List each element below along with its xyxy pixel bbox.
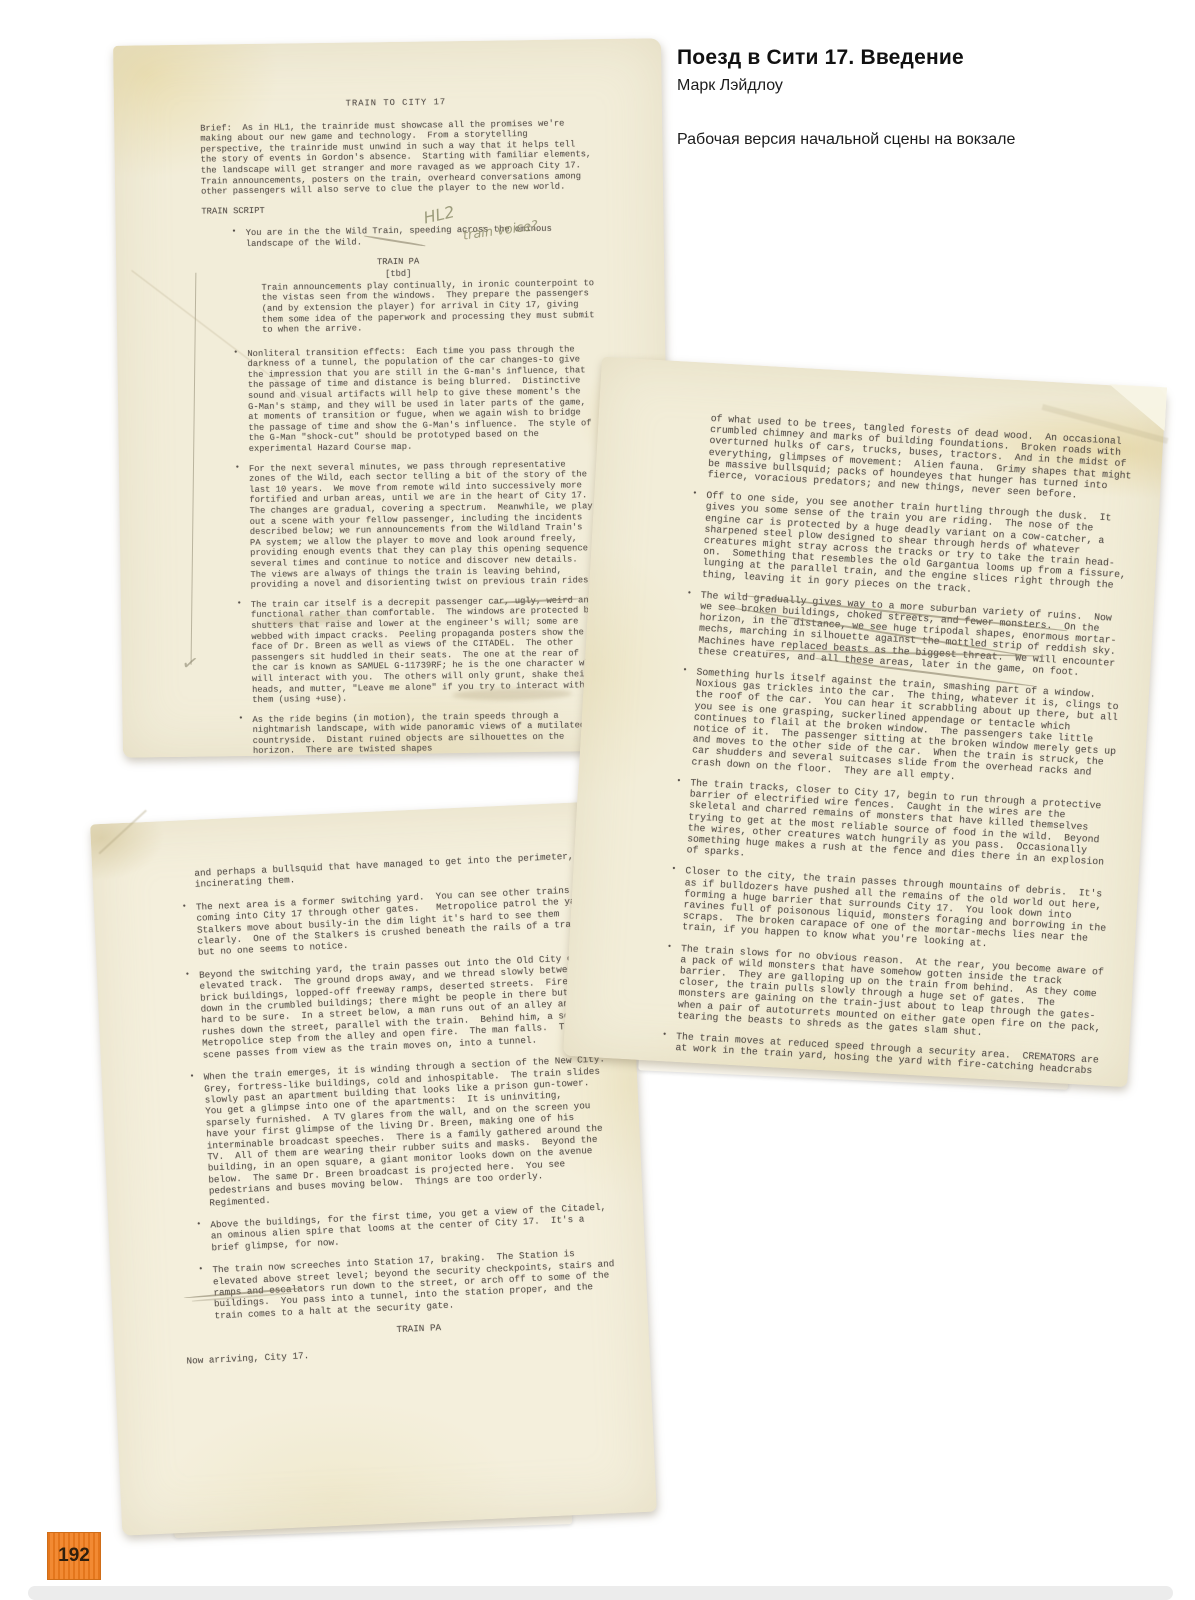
brief-paragraph: Brief: As in HL1, the trainride must sho… bbox=[200, 118, 593, 198]
script-bullet: Off to one side, you see another train h… bbox=[702, 490, 1135, 603]
page-title: Поезд в Сити 17. Введение bbox=[677, 46, 1157, 70]
script-bullet: As the ride begins (in motion), the trai… bbox=[252, 710, 601, 757]
script-bullet: For the next several minutes, we pass th… bbox=[249, 459, 599, 591]
chapter-subtitle: Рабочая версия начальной сцены на вокзал… bbox=[677, 131, 1157, 149]
script-heading: TRAIN SCRIPT bbox=[201, 201, 593, 217]
script-bullet: The wild gradually gives way to a more s… bbox=[697, 590, 1129, 681]
page-bottom-edge bbox=[28, 1586, 1173, 1600]
page-number: 192 bbox=[58, 1545, 90, 1567]
script-bullet: Closer to the city, the train passes thr… bbox=[682, 866, 1114, 957]
chapter-header: Поезд в Сити 17. Введение Марк Лэйдлоу Р… bbox=[677, 46, 1157, 149]
script-bullet: Something hurls itself against the train… bbox=[691, 667, 1125, 792]
document-title: TRAIN TO CITY 17 bbox=[200, 95, 592, 111]
script-bullet: The next area is a former switching yard… bbox=[196, 883, 605, 958]
train-pa-body: Train announcements play continually, in… bbox=[261, 278, 595, 336]
page-number-badge: 192 bbox=[47, 1532, 101, 1580]
continuation-paragraph: and perhaps a bullsquid that have manage… bbox=[194, 849, 602, 890]
script-bullet: The train tracks, closer to City 17, beg… bbox=[686, 777, 1119, 879]
pencil-margin-line bbox=[191, 273, 197, 665]
script-bullet: The train slows for no obvious reason. A… bbox=[677, 943, 1110, 1045]
script-bullet: Beyond the switching yard, the train pas… bbox=[199, 951, 610, 1061]
script-bullet: Above the buildings, for the first time,… bbox=[210, 1201, 618, 1254]
author-name: Марк Лэйдлоу bbox=[677, 77, 1157, 95]
pencil-scribble: ✓ bbox=[179, 649, 200, 677]
continuation-paragraph: of what used to be trees, tangled forest… bbox=[707, 413, 1139, 504]
script-bullet: When the train emerges, it is winding th… bbox=[203, 1053, 616, 1208]
book-page: Поезд в Сити 17. Введение Марк Лэйдлоу Р… bbox=[0, 0, 1195, 1600]
scanned-page-2: of what used to be trees, tangled forest… bbox=[563, 357, 1166, 1087]
script-bullet: The train now screeches into Station 17,… bbox=[212, 1246, 621, 1321]
paper-crease bbox=[98, 810, 146, 854]
